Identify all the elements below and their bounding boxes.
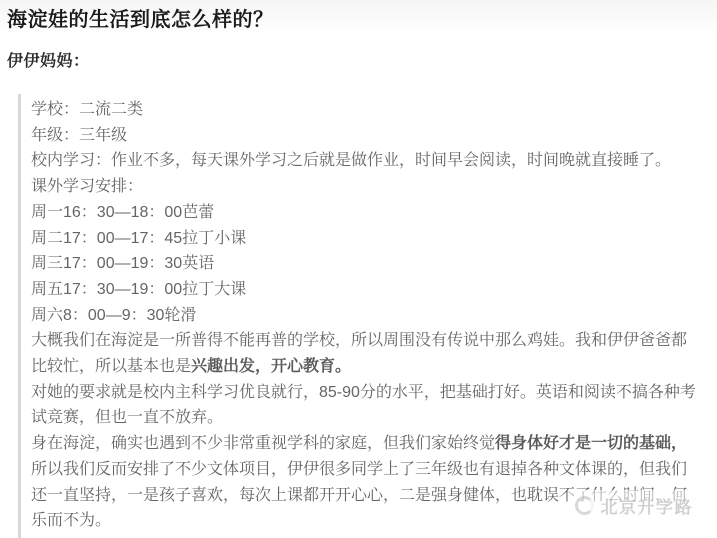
answer-author-label: 伊伊妈妈： [7, 53, 717, 70]
quote-paragraph: 周六8：00—9：30轮滑 [31, 303, 697, 329]
quote-bold-segment: 兴趣出发，开心教育。 [191, 358, 351, 375]
quote-paragraph: 周二17：00—17：45拉丁小课 [31, 226, 697, 252]
quote-text-segment: 周五17：30—19：00拉丁大课 [31, 281, 246, 298]
quote-bold-segment: 得身体好才是一切的基础， [495, 435, 687, 452]
quote-paragraph: 大概我们在海淀是一所普得不能再普的学校，所以周围没有传说中那么鸡娃。我和伊伊爸爸… [31, 328, 697, 379]
quote-text-segment: 课外学习安排： [31, 178, 143, 195]
quote-paragraph: 年级：三年级 [31, 123, 697, 149]
quote-paragraph: 周三17：00—19：30英语 [31, 251, 697, 277]
quote-paragraph: 校内学习：作业不多，每天课外学习之后就是做作业，时间早会阅读，时间晚就直接睡了。 [31, 148, 697, 174]
quote-paragraph: 周一16：30—18：00芭蕾 [31, 200, 697, 226]
quote-text-segment: 所以我们反而安排了不少文体项目，伊伊很多同学上了三年级也有退掉各种文体课的，但我… [31, 461, 687, 529]
quote-paragraph: 对她的要求就是校内主科学习优良就行，85-90分的水平，把基础打好。英语和阅读不… [31, 380, 697, 431]
question-title: 海淀娃的生活到底怎么样的？ [0, 0, 717, 32]
quote-text-segment: 周一16：30—18：00芭蕾 [31, 204, 214, 221]
quote-paragraph: 学校：二流二类 [31, 97, 697, 123]
quote-block: 学校：二流二类年级：三年级校内学习：作业不多，每天课外学习之后就是做作业，时间早… [18, 94, 697, 538]
quote-text-segment: 周三17：00—19：30英语 [31, 255, 214, 272]
quote-text-segment: 大概我们在海淀是一所普得不能再普的学校，所以周围没有传说中那么鸡娃。我和伊伊爸爸… [31, 332, 687, 375]
article-page: 海淀娃的生活到底怎么样的？ 伊伊妈妈： 学校：二流二类年级：三年级校内学习：作业… [0, 0, 717, 538]
quote-text-segment: 周六8：00—9：30轮滑 [31, 307, 196, 324]
quote-text-segment: 身在海淀，确实也遇到不少非常重视学科的家庭，但我们家始终觉 [31, 435, 495, 452]
quote-text-segment: 年级：三年级 [31, 127, 127, 144]
quote-paragraph: 身在海淀，确实也遇到不少非常重视学科的家庭，但我们家始终觉得身体好才是一切的基础… [31, 431, 697, 534]
quote-text-segment: 学校：二流二类 [31, 101, 143, 118]
quote-text-segment: 周二17：00—17：45拉丁小课 [31, 230, 246, 247]
quote-text-segment: 对她的要求就是校内主科学习优良就行，85-90分的水平，把基础打好。英语和阅读不… [31, 384, 696, 427]
quote-text-segment: 校内学习：作业不多，每天课外学习之后就是做作业，时间早会阅读，时间晚就直接睡了。 [31, 152, 671, 169]
quote-paragraph: 课外学习安排： [31, 174, 697, 200]
quote-paragraph: 周五17：30—19：00拉丁大课 [31, 277, 697, 303]
